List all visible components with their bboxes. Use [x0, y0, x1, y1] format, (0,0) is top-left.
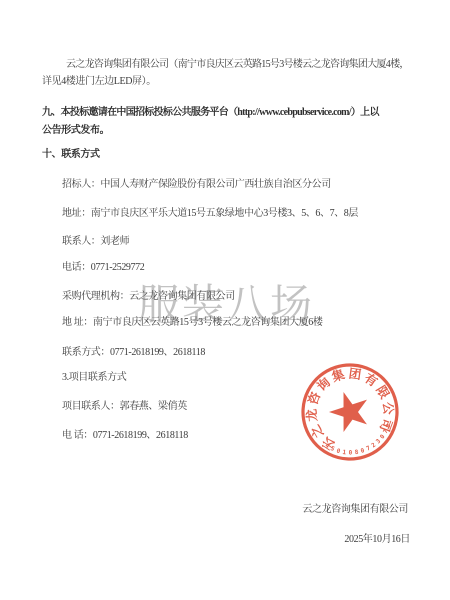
tenderer-line: 招标人：中国人寿财产保险股份有限公司广西壮族自治区分公司 — [62, 178, 331, 191]
svg-text:0: 0 — [349, 449, 353, 456]
paragraph-venue-line1: 云之龙咨询集团有限公司（南宁市良庆区云英路15号3号楼云之龙咨询集团大厦4楼， — [66, 58, 409, 71]
tenderer-address: 地址：南宁市良庆区平乐大道15号五象绿地中心3号楼3、5、6、7、8层 — [62, 207, 358, 220]
project-heading: 3.项目联系方式 — [62, 371, 126, 384]
section9-line2: 公告形式发布。 — [42, 124, 109, 137]
signature-date: 2025年10月16日 — [344, 533, 410, 546]
company-seal-stamp: 云之龙咨询集团有限公司 4501080723070 — [290, 352, 410, 472]
tenderer-contact: 联系人：刘老师 — [62, 235, 129, 248]
document-page: 云之龙咨询集团有限公司（南宁市良庆区云英路15号3号楼云之龙咨询集团大厦4楼， … — [0, 0, 450, 600]
svg-text:8: 8 — [354, 449, 359, 457]
svg-text:龙: 龙 — [304, 408, 320, 422]
signature-company: 云之龙咨询集团有限公司 — [302, 503, 408, 516]
svg-text:1: 1 — [342, 449, 347, 456]
agency-address: 地 址：南宁市良庆区云英路15号3号楼云之龙咨询集团大厦6楼 — [62, 316, 323, 329]
project-contacts: 项目联系人：郭春燕、梁俏英 — [62, 400, 187, 413]
tenderer-phone: 电话：0771-2529772 — [62, 261, 144, 274]
svg-text:团: 团 — [348, 367, 363, 383]
section10-heading: 十、联系方式 — [42, 148, 100, 161]
stamp-star-icon — [324, 386, 374, 435]
agency-line: 采购代理机构：云之龙咨询集团有限公司 — [62, 290, 235, 303]
svg-text:公: 公 — [380, 401, 395, 415]
svg-text:0: 0 — [360, 447, 366, 455]
paragraph-venue-line2: 详见4楼进门左边LED屏）。 — [42, 75, 156, 88]
project-phone: 电 话：0771-2618199、2618118 — [62, 429, 188, 442]
svg-text:0: 0 — [336, 447, 342, 455]
agency-phone: 联系方式：0771-2618199、2618118 — [62, 346, 205, 359]
section9-line1: 九、本投标邀请在中国招标投标公共服务平台（http://www.cebpubse… — [42, 106, 379, 119]
